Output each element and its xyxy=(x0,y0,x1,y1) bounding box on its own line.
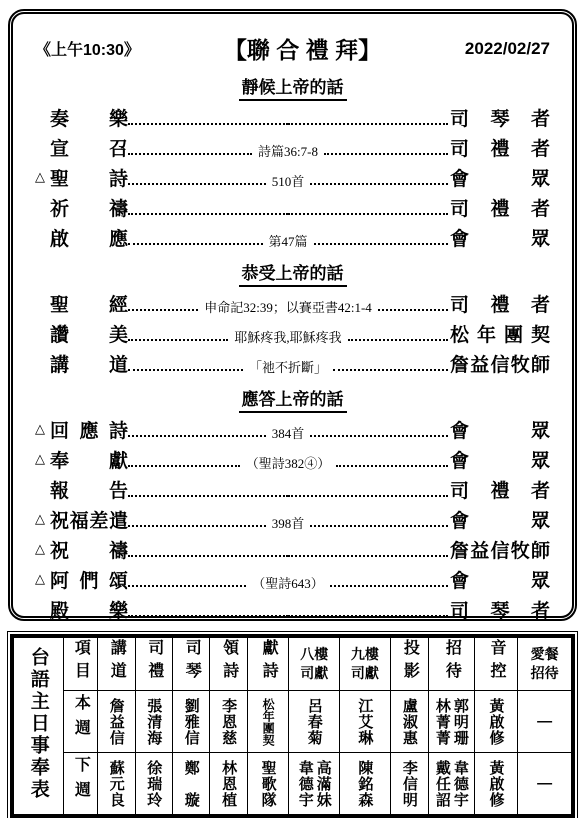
duty-col-header-text: 項目 xyxy=(72,639,88,685)
duty-name-cell: 郭明珊林菁菁 xyxy=(429,691,475,753)
section-heading: 靜候上帝的話 xyxy=(35,73,550,97)
item-detail: 申命記32:39；以賽亞書42:1-4 xyxy=(198,297,378,316)
duty-col-header: 司禮 xyxy=(135,638,172,691)
program-row: 讚美 耶穌疼我,耶穌疼我 松年團契 xyxy=(35,318,550,348)
duty-name: 李恩慈 xyxy=(221,698,236,746)
duty-roster-table: 台語主日事奉表 項目 講道 司禮 司琴 領詩 獻詩 八樓 司獻 九樓 司獻 投影… xyxy=(13,637,572,815)
item-label: 奏樂 xyxy=(50,104,128,131)
stand-mark: △ xyxy=(35,541,50,557)
program-row: 啟應 第47篇 會眾 xyxy=(35,222,550,252)
duty-name: 盧淑惠 xyxy=(402,698,417,746)
item-role: 司禮者 xyxy=(450,476,550,503)
item-detail: （聖詩382④） xyxy=(240,453,337,472)
duty-name-cell: 黃啟修 xyxy=(474,753,518,815)
duty-side-title-cell: 台語主日事奉表 xyxy=(14,638,64,815)
duty-name-cell: 呂春菊 xyxy=(289,691,340,753)
duty-col-header-text: 領詩 xyxy=(221,639,237,685)
duty-name: 韋德宇 xyxy=(453,760,468,808)
duty-name-cell: 陳銘森 xyxy=(340,753,391,815)
duty-col-header: 九樓 司獻 xyxy=(340,638,391,691)
stand-mark: △ xyxy=(35,169,50,185)
duty-col-header: 司琴 xyxy=(172,638,209,691)
duty-name: 劉雅信 xyxy=(184,698,199,746)
duty-col-header: 領詩 xyxy=(210,638,247,691)
item-detail: 510首 xyxy=(266,171,311,190)
item-label: 祝禱 xyxy=(50,536,128,563)
program-row: 祈禱 司禮者 xyxy=(35,192,550,222)
duty-col-header: 八樓 司獻 xyxy=(289,638,340,691)
item-label: 宣召 xyxy=(50,134,128,161)
duty-name: 李信明 xyxy=(402,760,417,808)
program-row: △ 奉獻 （聖詩382④） 會眾 xyxy=(35,444,550,474)
duty-col-header: 音控 xyxy=(474,638,518,691)
duty-name-cell: 詹益信 xyxy=(98,691,135,753)
duty-name: 徐瑞玲 xyxy=(146,760,161,808)
duty-name: 蘇元良 xyxy=(109,760,124,808)
dotted-leader xyxy=(348,326,448,341)
item-label: 報告 xyxy=(50,476,128,503)
duty-name-cell: 松年團契 xyxy=(247,691,289,753)
dotted-leader xyxy=(288,542,448,557)
duty-col-header: 項目 xyxy=(63,638,97,691)
duty-name: 高滿妹 xyxy=(316,760,331,808)
duty-name: 林恩植 xyxy=(221,760,236,808)
program-row: 報告 司禮者 xyxy=(35,474,550,504)
duty-col-header-text: 講道 xyxy=(108,639,124,685)
dotted-leader xyxy=(333,356,448,371)
item-role: 司琴者 xyxy=(450,104,550,131)
duty-name: 江艾琳 xyxy=(357,698,372,746)
item-role: 會眾 xyxy=(450,224,550,251)
item-detail: 384首 xyxy=(266,423,311,442)
item-role: 司禮者 xyxy=(450,194,550,221)
dotted-leader xyxy=(128,200,288,215)
dotted-leader xyxy=(128,356,243,371)
dotted-leader xyxy=(336,452,448,467)
service-time: 《上午10:30》 xyxy=(35,37,167,60)
dotted-leader xyxy=(128,542,288,557)
service-date: 2022/02/27 xyxy=(438,39,550,59)
dotted-leader xyxy=(310,512,448,527)
duty-col-header-text: 音控 xyxy=(488,639,504,685)
dotted-leader xyxy=(128,230,263,245)
program-row: △ 回應詩 384首 會眾 xyxy=(35,414,550,444)
dotted-leader xyxy=(314,230,449,245)
item-label: 祈禱 xyxy=(50,194,128,221)
program-row: △ 祝禱 詹益信牧師 xyxy=(35,534,550,564)
stand-mark: △ xyxy=(35,571,50,587)
dotted-leader xyxy=(128,602,288,617)
duty-name: 呂春菊 xyxy=(307,698,322,746)
duty-name: 黃啟修 xyxy=(488,698,503,746)
duty-col-header-text: 招待 xyxy=(443,639,459,685)
dotted-leader xyxy=(128,140,252,155)
duty-col-header: 愛餐 招待 xyxy=(518,638,572,691)
worship-program-panel: 《上午10:30》 【聯 合 禮 拜】 2022/02/27 靜候上帝的話 奏樂… xyxy=(8,9,577,621)
duty-name-cell: 蘇元良 xyxy=(98,753,135,815)
item-detail: 耶穌疼我,耶穌疼我 xyxy=(228,327,347,346)
duty-col-header-text: 九樓 司獻 xyxy=(351,646,379,681)
item-label: 祝福差遣 xyxy=(50,506,128,533)
duty-name-cell: 林恩植 xyxy=(210,753,247,815)
duty-row-label-text: 本週 xyxy=(72,694,88,744)
dotted-leader xyxy=(128,110,288,125)
duty-col-header-text: 投影 xyxy=(401,639,417,685)
program-row: 聖經 申命記32:39；以賽亞書42:1-4 司禮者 xyxy=(35,288,550,318)
program-title: 【聯 合 禮 拜】 xyxy=(167,32,438,65)
duty-name: 聖歌隊 xyxy=(261,760,276,808)
program-row: 奏樂 司琴者 xyxy=(35,102,550,132)
dotted-leader xyxy=(310,422,448,437)
item-role: 司琴者 xyxy=(450,596,550,623)
program-row: △ 阿們頌 （聖詩643） 會眾 xyxy=(35,564,550,594)
dotted-leader xyxy=(128,452,240,467)
dotted-leader xyxy=(378,296,448,311)
duty-name-cell: 李信明 xyxy=(390,753,428,815)
duty-col-header: 招待 xyxy=(429,638,475,691)
item-role: 會眾 xyxy=(450,446,550,473)
dotted-leader xyxy=(128,512,266,527)
dotted-leader xyxy=(128,482,288,497)
stand-mark: △ xyxy=(35,451,50,467)
duty-name-cell: 高滿妹韋德宇 xyxy=(289,753,340,815)
stand-mark: △ xyxy=(35,421,50,437)
duty-name: 林菁菁 xyxy=(435,698,450,746)
duty-name-cell: 黃啟修 xyxy=(474,691,518,753)
dotted-leader xyxy=(128,296,198,311)
duty-name-cell: 劉雅信 xyxy=(172,691,209,753)
section-heading: 應答上帝的話 xyxy=(35,385,550,409)
dotted-leader xyxy=(324,140,448,155)
duty-row-label: 本週 xyxy=(63,691,97,753)
duty-name: 詹益信 xyxy=(109,698,124,746)
bulletin-page: 《上午10:30》 【聯 合 禮 拜】 2022/02/27 靜候上帝的話 奏樂… xyxy=(0,0,585,817)
duty-name: 戴任詔 xyxy=(435,760,450,808)
program-row: △ 祝福差遣 398首 會眾 xyxy=(35,504,550,534)
item-role: 會眾 xyxy=(450,164,550,191)
duty-name-cell: 張清海 xyxy=(135,691,172,753)
program-row: 宣召 詩篇36:7-8 司禮者 xyxy=(35,132,550,162)
duty-row-label: 下週 xyxy=(63,753,97,815)
item-role: 會眾 xyxy=(450,416,550,443)
item-label: 奉獻 xyxy=(50,446,128,473)
dotted-leader xyxy=(128,422,266,437)
item-detail: 398首 xyxy=(266,513,311,532)
dotted-leader xyxy=(330,572,448,587)
dotted-leader xyxy=(288,110,448,125)
duty-name-cell: 韋德宇戴任詔 xyxy=(429,753,475,815)
item-label: 講道 xyxy=(50,350,128,377)
duty-name-cell: — xyxy=(518,691,572,753)
item-label: 殿樂 xyxy=(50,596,128,623)
item-role: 會眾 xyxy=(450,566,550,593)
item-label: 聖詩 xyxy=(50,164,128,191)
duty-name: 張清海 xyxy=(146,698,161,746)
dotted-leader xyxy=(288,200,448,215)
duty-name: 郭明珊 xyxy=(453,698,468,746)
section-heading: 恭受上帝的話 xyxy=(35,259,550,283)
duty-name-cell: 江艾琳 xyxy=(340,691,391,753)
duty-col-header-text: 司禮 xyxy=(146,639,162,685)
dotted-leader xyxy=(288,602,448,617)
duty-name-cell: 聖歌隊 xyxy=(247,753,289,815)
duty-dash: — xyxy=(537,775,552,792)
duty-col-header-text: 八樓 司獻 xyxy=(300,646,328,681)
duty-name-cell: — xyxy=(518,753,572,815)
stand-mark: △ xyxy=(35,511,50,527)
item-role: 詹益信牧師 xyxy=(450,536,550,563)
section-heading-text: 恭受上帝的話 xyxy=(239,259,347,287)
item-role: 司禮者 xyxy=(450,134,550,161)
section-heading-text: 靜候上帝的話 xyxy=(239,73,347,101)
program-row: 殿樂 司琴者 xyxy=(35,594,550,624)
dotted-leader xyxy=(128,572,246,587)
duty-side-title: 台語主日事奉表 xyxy=(29,647,48,801)
duty-name: 黃啟修 xyxy=(488,760,503,808)
duty-name: 陳銘森 xyxy=(357,760,372,808)
item-detail: 詩篇36:7-8 xyxy=(252,141,324,160)
program-header: 《上午10:30》 【聯 合 禮 拜】 2022/02/27 xyxy=(35,32,550,65)
duty-name-cell: 盧淑惠 xyxy=(390,691,428,753)
program-row: 講道 「祂不折斷」 詹益信牧師 xyxy=(35,348,550,378)
item-role: 會眾 xyxy=(450,506,550,533)
item-role: 詹益信牧師 xyxy=(450,350,550,377)
item-detail: 第47篇 xyxy=(263,231,314,250)
item-detail: （聖詩643） xyxy=(246,573,330,592)
duty-col-header-text: 愛餐 招待 xyxy=(531,646,559,681)
duty-name: 韋德宇 xyxy=(298,760,313,808)
duty-col-header: 獻詩 xyxy=(247,638,289,691)
duty-col-header-text: 司琴 xyxy=(183,639,199,685)
item-role: 松年團契 xyxy=(450,320,550,347)
duty-col-header: 講道 xyxy=(98,638,135,691)
item-detail: 「祂不折斷」 xyxy=(243,357,333,376)
duty-name: 松年團契 xyxy=(262,698,274,746)
item-role: 司禮者 xyxy=(450,290,550,317)
item-label: 聖經 xyxy=(50,290,128,317)
duty-dash: — xyxy=(537,713,552,730)
duty-name-cell: 李恩慈 xyxy=(210,691,247,753)
duty-name-cell: 鄭 璇 xyxy=(172,753,209,815)
duty-col-header-text: 獻詩 xyxy=(260,639,276,685)
dotted-leader xyxy=(288,482,448,497)
dotted-leader xyxy=(128,326,228,341)
dotted-leader xyxy=(310,170,448,185)
item-label: 阿們頌 xyxy=(50,566,128,593)
item-label: 回應詩 xyxy=(50,416,128,443)
duty-name: 鄭 璇 xyxy=(184,760,199,808)
duty-col-header: 投影 xyxy=(390,638,428,691)
section-heading-text: 應答上帝的話 xyxy=(239,385,347,413)
program-row: △ 聖詩 510首 會眾 xyxy=(35,162,550,192)
duty-name-cell: 徐瑞玲 xyxy=(135,753,172,815)
item-label: 讚美 xyxy=(50,320,128,347)
dotted-leader xyxy=(128,170,266,185)
duty-row-label-text: 下週 xyxy=(72,756,88,806)
item-label: 啟應 xyxy=(50,224,128,251)
duty-roster-panel: 台語主日事奉表 項目 講道 司禮 司琴 領詩 獻詩 八樓 司獻 九樓 司獻 投影… xyxy=(10,634,575,818)
